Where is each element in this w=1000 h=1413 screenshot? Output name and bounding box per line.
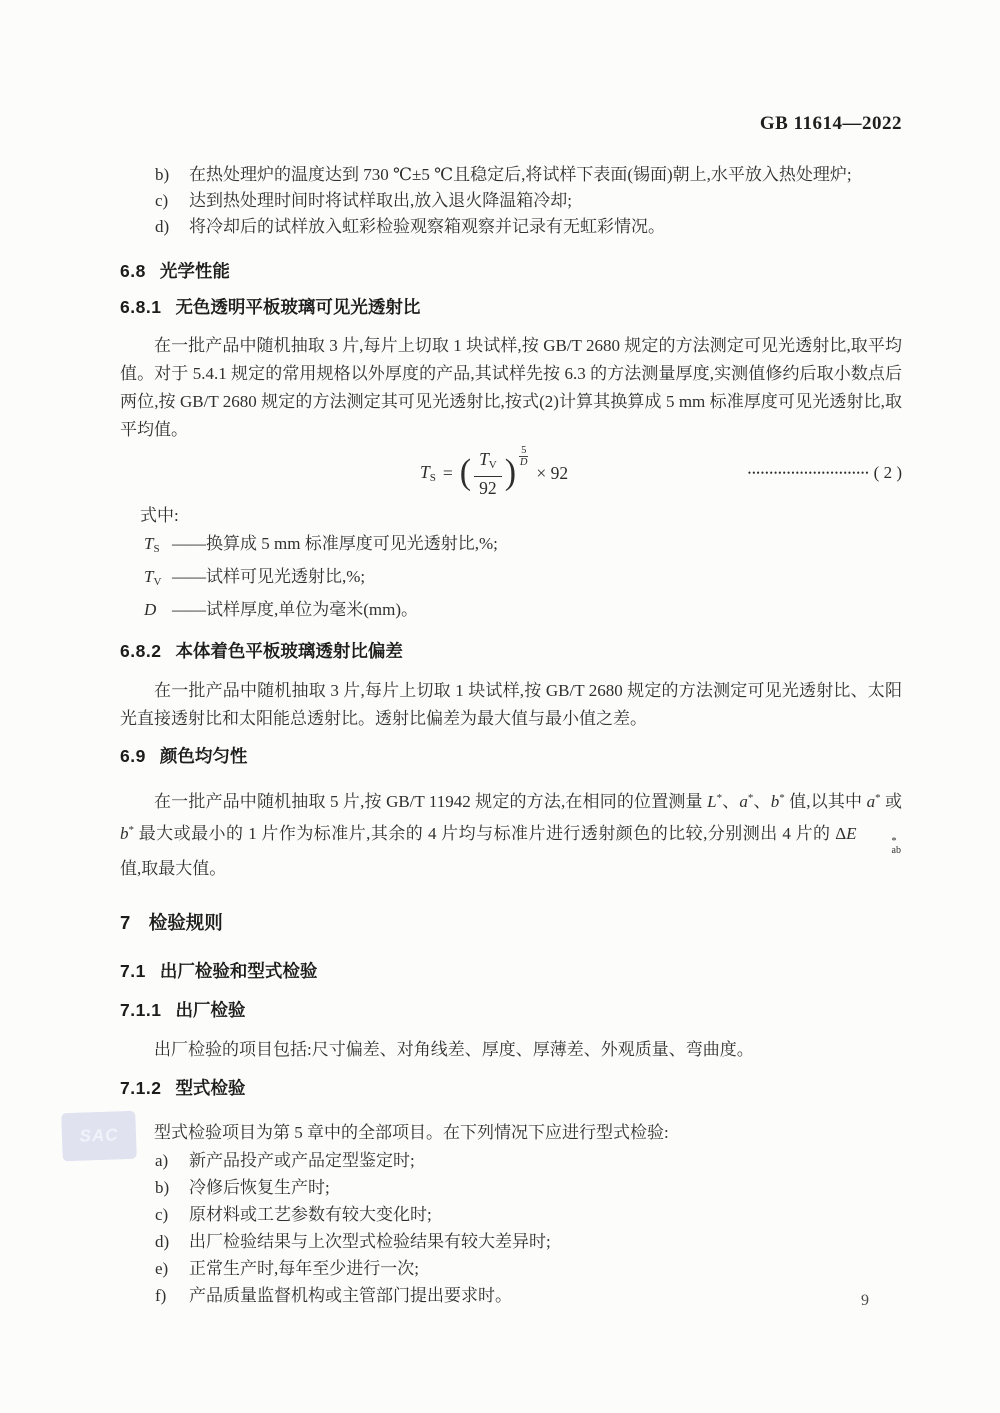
paragraph-7-1-1: 出厂检验的项目包括:尺寸偏差、对角线差、厚度、厚薄差、外观质量、弯曲度。	[120, 1036, 902, 1064]
section-title: 出厂检验	[175, 1000, 245, 1020]
paragraph-6-9: 在一批产品中随机抽取 5 片,按 GB/T 11942 规定的方法,在相同的位置…	[120, 784, 902, 883]
list-item-text: 新产品投产或产品定型鉴定时;	[189, 1147, 902, 1174]
where-intro: 式中:	[120, 502, 902, 530]
section-heading-7: 7检验规则	[120, 909, 902, 937]
section-number: 7.1	[120, 961, 146, 981]
section-number: 7	[120, 912, 131, 933]
list-item-text: 冷修后恢复生产时;	[189, 1174, 902, 1201]
formula-2: TS = ( TV 92 ) 5 D × 92 ••••••••••••••••…	[120, 450, 902, 496]
paragraph-6-8-2: 在一批产品中随机抽取 3 片,每片上切取 1 块试样,按 GB/T 2680 规…	[120, 677, 902, 733]
section-heading-6-9: 6.9颜色均匀性	[120, 742, 902, 770]
list-item-label: c)	[155, 188, 189, 214]
list-item-text: 将冷却后的试样放入虹彩检验观察箱观察并记录有无虹彩情况。	[189, 214, 902, 240]
equals-sign: =	[443, 463, 453, 484]
list-item-label: a)	[155, 1147, 189, 1174]
symbol-definition-text: ——换算成 5 mm 标准厚度可见光透射比,%;	[172, 530, 902, 563]
list-item: b) 在热处理炉的温度达到 730 ℃±5 ℃且稳定后,将试样下表面(锡面)朝上…	[155, 162, 902, 188]
section-heading-6-8: 6.8光学性能	[120, 257, 902, 285]
section-heading-6-8-1: 6.8.1无色透明平板玻璃可见光透射比	[120, 293, 902, 321]
section-heading-7-1-1: 7.1.1出厂检验	[120, 996, 902, 1024]
section-number: 6.8.2	[120, 641, 161, 661]
list-item-text: 出厂检验结果与上次型式检验结果有较大差异时;	[189, 1228, 902, 1255]
paragraph-6-8-1: 在一批产品中随机抽取 3 片,每片上切取 1 块试样,按 GB/T 2680 规…	[120, 332, 902, 444]
paragraph-7-1-2: 型式检验项目为第 5 章中的全部项目。在下列情况下应进行型式检验:	[120, 1119, 902, 1147]
section-number: 6.8.1	[120, 297, 161, 317]
list-item-label: d)	[155, 214, 189, 240]
fraction-numerator: TV	[474, 449, 502, 477]
section-number: 7.1.2	[120, 1078, 161, 1098]
formula-expression: TS = ( TV 92 ) 5 D × 92	[420, 449, 568, 498]
symbol-definition: D ——试样厚度,单位为毫米(mm)。	[120, 596, 902, 629]
list-item: d) 出厂检验结果与上次型式检验结果有较大差异时;	[155, 1228, 902, 1255]
list-item-text: 正常生产时,每年至少进行一次;	[189, 1255, 902, 1282]
list-item-label: e)	[155, 1255, 189, 1282]
list-item-label: f)	[155, 1282, 189, 1309]
section-number: 6.9	[120, 746, 146, 766]
fraction-denominator: 92	[474, 477, 502, 498]
section-title: 型式检验	[175, 1078, 245, 1098]
section-number: 7.1.1	[120, 1000, 161, 1020]
section-heading-7-1: 7.1出厂检验和型式检验	[120, 957, 902, 985]
section-title: 无色透明平板玻璃可见光透射比	[175, 297, 420, 317]
standard-code-header: GB 11614—2022	[120, 112, 902, 136]
list-item: c) 达到热处理时间时将试样取出,放入退火降温箱冷却;	[155, 188, 902, 214]
section-title: 出厂检验和型式检验	[160, 961, 318, 981]
section-title: 颜色均匀性	[160, 746, 248, 766]
list-item: a) 新产品投产或产品定型鉴定时;	[155, 1147, 902, 1174]
section-title: 本体着色平板玻璃透射比偏差	[175, 641, 403, 661]
sac-watermark-logo: SAC	[61, 1111, 137, 1162]
symbol-definition: TV ——试样可见光透射比,%;	[120, 563, 902, 596]
list-item-label: d)	[155, 1228, 189, 1255]
dotted-leader: ••••••••••••••••••••••••••••	[592, 468, 870, 478]
exponent-denominator: D	[519, 457, 528, 467]
heat-treatment-steps-list: b) 在热处理炉的温度达到 730 ℃±5 ℃且稳定后,将试样下表面(锡面)朝上…	[120, 162, 902, 240]
type-inspection-conditions-list: a) 新产品投产或产品定型鉴定时; b) 冷修后恢复生产时; c) 原材料或工艺…	[120, 1147, 902, 1309]
exponent-fraction: 5 D	[519, 446, 528, 467]
section-title: 光学性能	[160, 261, 230, 281]
symbol: TS	[144, 530, 172, 563]
section-number: 6.8	[120, 261, 146, 281]
symbol-definition: TS ——换算成 5 mm 标准厚度可见光透射比,%;	[120, 530, 902, 563]
list-item: f) 产品质量监督机构或主管部门提出要求时。	[155, 1282, 902, 1309]
exponent-numerator: 5	[519, 446, 528, 457]
section-heading-7-1-2: 7.1.2型式检验	[120, 1074, 902, 1102]
close-paren: )	[505, 455, 516, 491]
list-item-text: 产品质量监督机构或主管部门提出要求时。	[189, 1282, 902, 1309]
section-heading-6-8-2: 6.8.2本体着色平板玻璃透射比偏差	[120, 637, 902, 665]
list-item: e) 正常生产时,每年至少进行一次;	[155, 1255, 902, 1282]
page-number: 9	[845, 1292, 885, 1310]
section-title: 检验规则	[149, 912, 223, 933]
list-item-text: 在热处理炉的温度达到 730 ℃±5 ℃且稳定后,将试样下表面(锡面)朝上,水平…	[189, 162, 902, 188]
list-item: d) 将冷却后的试样放入虹彩检验观察箱观察并记录有无虹彩情况。	[155, 214, 902, 240]
document-page: GB 11614—2022 b) 在热处理炉的温度达到 730 ℃±5 ℃且稳定…	[0, 0, 1000, 1413]
list-item-label: c)	[155, 1201, 189, 1228]
list-item-label: b)	[155, 1174, 189, 1201]
symbol-definition-text: ——试样厚度,单位为毫米(mm)。	[172, 596, 902, 629]
symbol: TV	[144, 563, 172, 596]
list-item-label: b)	[155, 162, 189, 188]
list-item: c) 原材料或工艺参数有较大变化时;	[155, 1201, 902, 1228]
symbol: D	[144, 596, 172, 629]
formula-lhs: TS	[420, 462, 436, 484]
list-item-text: 原材料或工艺参数有较大变化时;	[189, 1201, 902, 1228]
open-paren: (	[460, 455, 471, 491]
symbol-definition-text: ——试样可见光透射比,%;	[172, 563, 902, 596]
equation-number: ( 2 )	[874, 463, 902, 483]
list-item: b) 冷修后恢复生产时;	[155, 1174, 902, 1201]
list-item-text: 达到热处理时间时将试样取出,放入退火降温箱冷却;	[189, 188, 902, 214]
fraction: TV 92	[474, 449, 502, 498]
times-92: × 92	[536, 463, 568, 484]
